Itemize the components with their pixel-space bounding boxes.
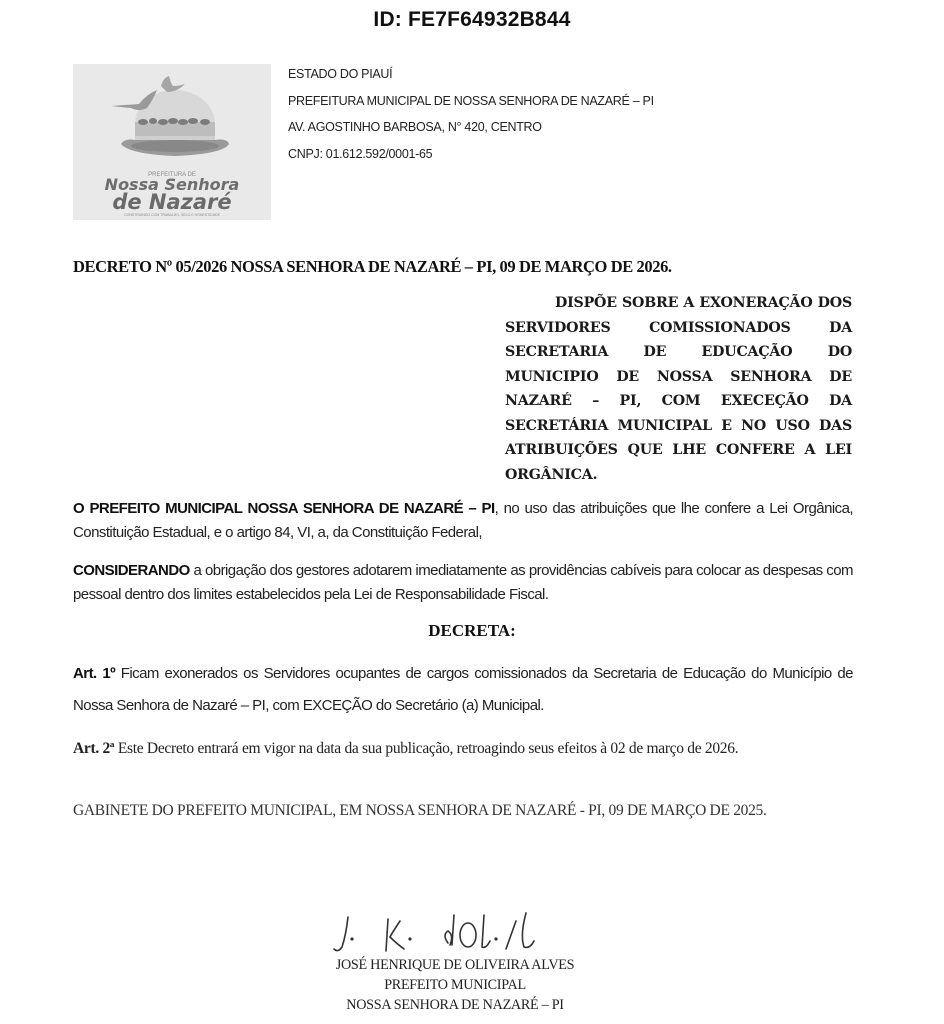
signatory-block: JOSÉ HENRIQUE DE OLIVEIRA ALVES PREFEITO…: [300, 955, 610, 1015]
signatory-location: NOSSA SENHORA DE NAZARÉ – PI: [300, 995, 610, 1015]
letterhead: ESTADO DO PIAUÍ PREFEITURA MUNICIPAL DE …: [288, 66, 654, 172]
logo-emblem-icon: PREFEITURA DE Nossa Senhora de Nazaré CO…: [73, 64, 271, 220]
letterhead-cnpj: CNPJ: 01.612.592/0001-65: [288, 146, 654, 173]
handwritten-signature-icon: [330, 905, 570, 961]
preamble-paragraph: O PREFEITO MUNICIPAL NOSSA SENHORA DE NA…: [73, 497, 853, 545]
article-2: Art. 2ª Este Decreto entrará em vigor na…: [73, 737, 853, 761]
letterhead-address: AV. AGOSTINHO BARBOSA, N° 420, CENTRO: [288, 119, 654, 146]
svg-text:CONSTRUINDO COM TRABALHO, SELO: CONSTRUINDO COM TRABALHO, SELO E HONESTI…: [124, 213, 220, 217]
decree-title: DECRETO Nº 05/2026 NOSSA SENHORA DE NAZA…: [73, 257, 672, 277]
svg-text:de Nazaré: de Nazaré: [112, 190, 231, 214]
letterhead-prefecture: PREFEITURA MUNICIPAL DE NOSSA SENHORA DE…: [288, 93, 654, 120]
article-1-label: Art. 1º: [73, 665, 115, 682]
considerando-text: a obrigação dos gestores adotarem imedia…: [73, 562, 853, 603]
article-2-text: Este Decreto entrará em vigor na data da…: [114, 740, 738, 757]
decree-summary: DISPÕE SOBRE A EXONERAÇÃO DOS SERVIDORES…: [505, 291, 852, 487]
closing-statement: GABINETE DO PREFEITO MUNICIPAL, EM NOSSA…: [73, 799, 853, 823]
letterhead-state: ESTADO DO PIAUÍ: [288, 66, 654, 93]
considerando-paragraph: CONSIDERANDO a obrigação dos gestores ad…: [73, 559, 853, 607]
municipality-logo: PREFEITURA DE Nossa Senhora de Nazaré CO…: [73, 64, 271, 220]
article-1-text: Ficam exonerados os Servidores ocupantes…: [73, 665, 853, 714]
article-2-label: Art. 2ª: [73, 740, 114, 757]
considerando-label: CONSIDERANDO: [73, 562, 190, 579]
document-id: ID: FE7F64932B844: [0, 8, 944, 32]
preamble-subject: O PREFEITO MUNICIPAL NOSSA SENHORA DE NA…: [73, 500, 495, 517]
signatory-role: PREFEITO MUNICIPAL: [300, 975, 610, 995]
signatory-name: JOSÉ HENRIQUE DE OLIVEIRA ALVES: [300, 955, 610, 975]
article-1: Art. 1º Ficam exonerados os Servidores o…: [73, 658, 853, 722]
decreta-heading: DECRETA:: [0, 621, 944, 641]
